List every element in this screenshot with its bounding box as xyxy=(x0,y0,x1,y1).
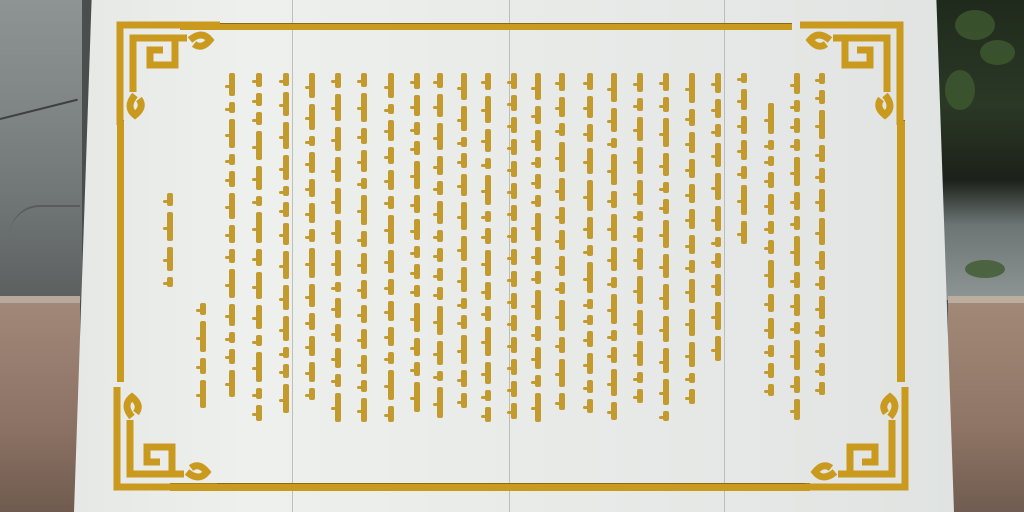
script-word xyxy=(663,348,669,373)
script-word xyxy=(256,305,262,329)
script-word xyxy=(768,318,774,339)
script-word xyxy=(485,96,491,123)
script-word xyxy=(335,250,341,276)
script-column xyxy=(583,70,597,425)
script-word xyxy=(361,93,367,122)
script-word xyxy=(229,119,235,148)
script-word xyxy=(587,399,593,413)
script-word xyxy=(611,402,617,420)
script-word xyxy=(535,271,541,285)
foliage-clump xyxy=(945,70,975,110)
script-word xyxy=(283,384,289,413)
rock-face-left xyxy=(0,0,82,300)
script-word xyxy=(768,194,774,215)
script-word xyxy=(256,405,262,421)
script-word xyxy=(768,384,774,396)
script-word xyxy=(229,332,235,343)
script-word xyxy=(335,393,341,422)
script-word xyxy=(715,173,721,200)
script-word xyxy=(361,280,367,299)
script-word xyxy=(611,294,617,324)
script-word xyxy=(511,227,517,243)
script-word xyxy=(283,285,289,310)
script-word xyxy=(715,206,721,231)
script-word xyxy=(167,193,173,206)
script-column xyxy=(685,70,699,425)
script-word xyxy=(768,172,774,188)
script-word xyxy=(715,143,721,167)
script-word xyxy=(819,343,825,357)
script-word xyxy=(256,166,262,190)
endless-knot-icon xyxy=(795,20,905,130)
script-word xyxy=(819,363,825,376)
script-word xyxy=(741,185,747,215)
script-word xyxy=(200,380,206,408)
script-word xyxy=(611,347,617,363)
script-word xyxy=(587,180,593,211)
script-word xyxy=(741,116,747,134)
script-word xyxy=(768,103,774,134)
script-word xyxy=(587,262,593,293)
script-word xyxy=(587,299,593,309)
script-word xyxy=(663,97,669,112)
script-column xyxy=(481,70,495,425)
script-word xyxy=(388,327,394,347)
script-word xyxy=(768,140,774,150)
script-word xyxy=(283,73,289,86)
script-word xyxy=(715,124,721,137)
script-column xyxy=(433,70,447,425)
script-column xyxy=(252,70,266,425)
script-word xyxy=(388,120,394,141)
script-word xyxy=(167,277,173,287)
foliage-clump xyxy=(955,10,995,40)
script-word xyxy=(485,362,491,385)
script-word xyxy=(461,73,467,100)
script-word xyxy=(283,155,289,180)
script-word xyxy=(689,159,695,178)
script-word xyxy=(768,156,774,166)
script-word xyxy=(511,73,517,89)
gold-border-bottom xyxy=(170,483,810,491)
foliage-clump xyxy=(980,40,1015,65)
script-word xyxy=(414,161,420,189)
script-word xyxy=(559,178,565,201)
script-word xyxy=(715,253,721,268)
script-word xyxy=(309,336,315,356)
script-word xyxy=(309,104,315,130)
script-word xyxy=(559,282,565,294)
script-word xyxy=(283,92,289,116)
script-word xyxy=(283,316,289,341)
script-column xyxy=(555,70,569,425)
script-word xyxy=(715,237,721,247)
script-word xyxy=(437,230,443,242)
script-word xyxy=(229,171,235,187)
script-word xyxy=(741,73,747,83)
gold-border-right xyxy=(897,120,905,382)
script-word xyxy=(414,246,420,258)
script-column xyxy=(384,70,398,425)
script-word xyxy=(689,279,695,303)
script-word xyxy=(309,203,315,223)
script-column xyxy=(531,70,545,425)
wall-cap xyxy=(948,296,1024,303)
script-word xyxy=(437,387,443,418)
corner-ornament-top-right xyxy=(795,20,905,130)
script-word xyxy=(611,330,617,341)
script-column xyxy=(764,100,778,400)
script-word xyxy=(309,229,315,242)
script-word xyxy=(819,90,825,104)
script-word xyxy=(663,118,669,147)
script-word xyxy=(637,73,643,92)
script-word xyxy=(437,201,443,224)
script-word xyxy=(388,104,394,114)
script-word xyxy=(414,122,420,135)
script-word xyxy=(768,294,774,312)
script-word xyxy=(229,249,235,264)
script-word xyxy=(414,338,420,356)
script-word xyxy=(437,287,443,300)
script-word xyxy=(611,108,617,132)
script-word xyxy=(663,182,669,193)
script-word xyxy=(335,94,341,122)
script-word xyxy=(637,211,643,221)
script-word xyxy=(715,73,721,93)
script-word xyxy=(511,161,517,177)
script-column xyxy=(457,70,471,425)
script-word xyxy=(535,393,541,422)
script-word xyxy=(414,195,420,213)
script-word xyxy=(637,98,643,111)
script-word xyxy=(663,411,669,421)
script-word xyxy=(689,132,695,153)
script-word xyxy=(388,73,394,98)
script-word xyxy=(611,154,617,185)
script-word xyxy=(283,122,289,149)
gold-border-top xyxy=(180,23,792,30)
script-word xyxy=(794,100,800,112)
script-word xyxy=(637,117,643,141)
script-word xyxy=(794,73,800,94)
script-word xyxy=(559,256,565,276)
script-word xyxy=(256,388,262,399)
script-word xyxy=(485,390,491,401)
script-word xyxy=(256,249,262,266)
script-word xyxy=(388,250,394,273)
script-word xyxy=(461,298,467,309)
script-word xyxy=(535,130,541,151)
script-word xyxy=(167,247,173,271)
script-word xyxy=(229,349,235,364)
script-word xyxy=(819,218,825,245)
script-word xyxy=(461,174,467,196)
script-word xyxy=(637,341,643,366)
script-column xyxy=(507,70,521,425)
script-word xyxy=(535,375,541,387)
script-word xyxy=(741,89,747,110)
granite-wall-left xyxy=(0,296,80,512)
script-word xyxy=(663,254,669,278)
granite-wall-right xyxy=(948,296,1024,512)
script-word xyxy=(256,212,262,243)
script-word xyxy=(511,271,517,287)
script-word xyxy=(485,407,491,422)
script-word xyxy=(511,117,517,133)
script-word xyxy=(309,73,315,98)
script-word xyxy=(559,337,565,353)
script-word xyxy=(587,315,593,325)
script-word xyxy=(794,294,800,316)
script-word xyxy=(461,267,467,292)
script-column xyxy=(305,70,319,420)
script-word xyxy=(663,220,669,248)
script-word xyxy=(689,309,695,336)
script-word xyxy=(535,326,541,342)
script-word xyxy=(819,189,825,212)
script-word xyxy=(511,381,517,397)
script-word xyxy=(794,340,800,370)
script-word xyxy=(388,301,394,321)
script-word xyxy=(794,192,800,210)
script-word xyxy=(587,245,593,256)
script-word xyxy=(461,370,467,387)
script-word xyxy=(461,202,467,230)
script-word xyxy=(309,388,315,400)
script-word xyxy=(229,269,235,297)
script-word xyxy=(637,310,643,335)
script-word xyxy=(335,220,341,245)
script-word xyxy=(535,290,541,319)
script-word xyxy=(689,260,695,273)
script-word xyxy=(637,276,643,304)
script-word xyxy=(511,315,517,331)
script-word xyxy=(485,327,491,356)
script-word xyxy=(511,293,517,309)
script-word xyxy=(485,73,491,90)
script-word xyxy=(283,347,289,358)
script-word xyxy=(414,303,420,332)
script-word xyxy=(485,158,491,169)
script-word xyxy=(461,315,467,329)
script-word xyxy=(256,352,262,382)
script-word xyxy=(663,199,669,214)
script-word xyxy=(535,347,541,369)
script-word xyxy=(485,282,491,300)
script-word xyxy=(819,382,825,395)
script-word xyxy=(335,157,341,183)
script-word xyxy=(559,393,565,410)
script-word xyxy=(361,231,367,248)
script-word xyxy=(611,247,617,271)
script-word xyxy=(437,248,443,262)
script-word xyxy=(335,282,341,292)
script-word xyxy=(461,137,467,147)
script-column xyxy=(607,70,621,425)
script-word xyxy=(637,147,643,174)
script-word xyxy=(511,249,517,265)
script-word xyxy=(715,274,721,296)
script-word xyxy=(559,73,565,91)
script-word xyxy=(414,73,420,89)
script-word xyxy=(535,247,541,265)
script-word xyxy=(283,364,289,378)
script-column xyxy=(331,70,345,425)
script-word xyxy=(535,157,541,169)
script-word xyxy=(200,303,206,315)
script-word xyxy=(511,337,517,353)
script-word xyxy=(485,228,491,244)
script-word xyxy=(437,73,443,88)
script-word xyxy=(715,302,721,330)
script-word xyxy=(461,153,467,168)
script-word xyxy=(361,380,367,393)
script-word xyxy=(587,148,593,174)
foliage-clump xyxy=(965,260,1005,278)
script-word xyxy=(283,202,289,217)
script-word xyxy=(689,109,695,126)
script-column xyxy=(225,70,239,400)
script-word xyxy=(485,250,491,277)
script-word xyxy=(794,139,800,151)
script-word xyxy=(414,264,420,279)
script-word xyxy=(819,296,825,319)
script-word xyxy=(511,359,517,375)
endless-knot-icon xyxy=(115,20,225,130)
script-word xyxy=(587,217,593,239)
script-word xyxy=(437,268,443,281)
script-word xyxy=(461,106,467,131)
script-word xyxy=(535,106,541,124)
script-column xyxy=(815,70,829,410)
script-column xyxy=(633,70,647,425)
script-column xyxy=(659,70,673,425)
script-word xyxy=(559,300,565,331)
script-word xyxy=(229,193,235,219)
script-word xyxy=(794,272,800,288)
script-word xyxy=(587,380,593,393)
script-word xyxy=(689,342,695,367)
script-word xyxy=(559,123,565,136)
script-word xyxy=(768,260,774,288)
script-column xyxy=(196,300,210,420)
script-word xyxy=(335,298,341,319)
script-word xyxy=(535,73,541,100)
script-word xyxy=(200,358,206,374)
script-word xyxy=(637,227,643,242)
script-word xyxy=(794,118,800,133)
script-word xyxy=(794,236,800,266)
script-word xyxy=(388,147,394,165)
script-word xyxy=(689,373,695,383)
script-word xyxy=(256,93,262,106)
script-word xyxy=(511,403,517,419)
script-word xyxy=(414,219,420,240)
script-word xyxy=(167,212,173,241)
script-word xyxy=(283,223,289,245)
script-word xyxy=(229,154,235,165)
script-word xyxy=(663,284,669,310)
script-word xyxy=(637,389,643,403)
script-word xyxy=(414,141,420,155)
script-word xyxy=(768,345,774,357)
script-word xyxy=(511,139,517,155)
script-word xyxy=(361,305,367,324)
script-word xyxy=(437,156,443,175)
script-word xyxy=(388,406,394,422)
script-word xyxy=(461,393,467,408)
script-word xyxy=(229,370,235,397)
script-column xyxy=(410,70,424,425)
script-word xyxy=(819,251,825,270)
script-word xyxy=(485,129,491,153)
script-word xyxy=(587,353,593,374)
script-column xyxy=(711,70,725,370)
foliage-right xyxy=(935,0,1024,300)
script-word xyxy=(689,209,695,229)
script-word xyxy=(535,213,541,241)
script-word xyxy=(819,325,825,337)
script-word xyxy=(335,348,341,368)
script-word xyxy=(611,214,617,241)
script-word xyxy=(361,195,367,224)
script-word xyxy=(283,251,289,279)
rock-ledge xyxy=(10,205,80,237)
script-word xyxy=(229,102,235,113)
script-word xyxy=(587,73,593,90)
script-word xyxy=(388,370,394,400)
script-word xyxy=(388,196,394,209)
script-word xyxy=(611,191,617,208)
script-word xyxy=(335,374,341,387)
script-word xyxy=(663,153,669,176)
script-word xyxy=(794,157,800,186)
rock-crack xyxy=(0,99,78,120)
script-word xyxy=(741,166,747,179)
script-word xyxy=(689,73,695,103)
script-column xyxy=(357,70,371,425)
script-word xyxy=(587,96,593,118)
script-word xyxy=(637,180,643,205)
script-word xyxy=(741,221,747,244)
script-word xyxy=(309,152,315,173)
script-column xyxy=(737,70,751,260)
script-word xyxy=(437,123,443,150)
script-word xyxy=(256,131,262,160)
script-column xyxy=(790,70,804,430)
script-word xyxy=(511,205,517,221)
script-word xyxy=(309,136,315,146)
script-word xyxy=(388,215,394,244)
script-word xyxy=(414,362,420,376)
script-word xyxy=(663,73,669,91)
script-word xyxy=(768,363,774,378)
script-word xyxy=(256,112,262,125)
script-word xyxy=(611,73,617,102)
script-word xyxy=(461,335,467,364)
script-word xyxy=(511,183,517,199)
script-word xyxy=(819,276,825,290)
script-word xyxy=(229,225,235,243)
script-word xyxy=(256,272,262,299)
script-word xyxy=(256,196,262,206)
script-word xyxy=(485,175,491,205)
script-word xyxy=(361,128,367,144)
script-word xyxy=(437,306,443,335)
script-word xyxy=(309,179,315,197)
script-word xyxy=(361,178,367,190)
